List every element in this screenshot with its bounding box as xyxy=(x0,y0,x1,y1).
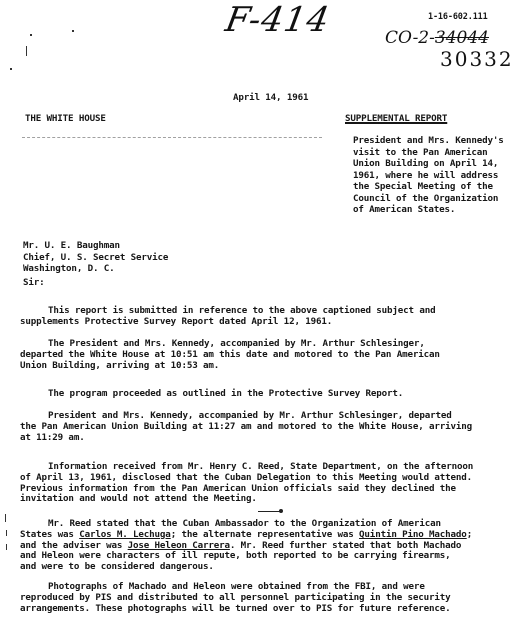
body-paragraph: This report is submitted in reference to… xyxy=(20,306,510,328)
text-segment: ; xyxy=(467,529,472,540)
text-segment: States was xyxy=(20,529,79,540)
body-paragraph: The program proceeded as outlined in the… xyxy=(20,389,510,400)
text-segment: and the adviser was xyxy=(20,540,128,551)
recipient-title: Chief, U. S. Secret Service xyxy=(23,252,168,264)
paragraph-line: arrangements. These photographs will be … xyxy=(20,604,510,615)
body-paragraph: Mr. Reed stated that the Cuban Ambassado… xyxy=(20,519,510,573)
underlined-name: Jose Heleon Carrera xyxy=(128,540,230,551)
body-paragraph: President and Mrs. Kennedy, accompanied … xyxy=(20,411,510,443)
document-date: April 14, 1961 xyxy=(233,92,308,103)
underlined-name: Carlos M. Lechuga xyxy=(79,529,170,540)
scan-speck xyxy=(26,46,27,56)
paragraph-line: of April 13, 1961, disclosed that the Cu… xyxy=(20,473,510,484)
subject-line: 1961, where he will address xyxy=(353,170,513,182)
paragraph-line: departed the White House at 10:51 am thi… xyxy=(20,350,510,361)
handwritten-file-code: F-414 xyxy=(222,0,333,40)
handwritten-struck-number: CO-2-34044 xyxy=(385,28,489,48)
text-segment: . Mr. Reed further stated that both Mach… xyxy=(230,540,461,551)
subject-line: the Special Meeting of the xyxy=(353,181,513,193)
header-divider xyxy=(22,137,322,138)
document-page: F-414 1-16-602.111 CO-2-34044 30332 Apri… xyxy=(0,0,517,632)
paragraph-line: at 11:29 am. xyxy=(20,433,510,444)
scan-speck xyxy=(10,68,12,70)
report-type-heading: SUPPLEMENTAL REPORT xyxy=(345,113,447,124)
body-paragraph: Information received from Mr. Henry C. R… xyxy=(20,462,510,505)
struck-out-number: 34044 xyxy=(435,28,489,48)
subject-block: President and Mrs. Kennedy's visit to th… xyxy=(353,135,513,216)
subject-line: Union Building on April 14, xyxy=(353,158,513,170)
handwritten-number: 30332 xyxy=(440,47,514,71)
salutation: Sir: xyxy=(23,277,45,288)
subject-line: visit to the Pan American xyxy=(353,147,513,159)
subject-line: President and Mrs. Kennedy's xyxy=(353,135,513,147)
text-segment: ; the alternate representative was xyxy=(171,529,359,540)
paragraph-line: and were to be considered dangerous. xyxy=(20,562,510,573)
subject-line: of American States. xyxy=(353,204,513,216)
paragraph-line: supplements Protective Survey Report dat… xyxy=(20,317,510,328)
file-reference-number: 1-16-602.111 xyxy=(428,12,488,23)
body-paragraph: Photographs of Machado and Heleon were o… xyxy=(20,582,510,614)
handwritten-prefix: CO-2- xyxy=(385,28,435,48)
underlined-name: Quintin Pino Machado xyxy=(359,529,467,540)
paragraph-line: Union Building, arriving at 10:53 am. xyxy=(20,361,510,372)
paragraph-line: the Pan American Union Building at 11:27… xyxy=(20,422,510,433)
margin-mark xyxy=(6,544,7,550)
recipient-name: Mr. U. E. Baughman xyxy=(23,240,168,252)
paragraph-line: reproduced by PIS and distributed to all… xyxy=(20,593,510,604)
margin-mark xyxy=(5,514,6,522)
scan-speck xyxy=(72,30,74,32)
handwritten-arrow-mark xyxy=(258,511,280,512)
body-paragraph: The President and Mrs. Kennedy, accompan… xyxy=(20,339,510,371)
paragraph-line: invitation and would not attend the Meet… xyxy=(20,494,510,505)
scan-speck xyxy=(30,34,32,36)
margin-mark xyxy=(6,530,7,536)
header-location: THE WHITE HOUSE xyxy=(25,113,106,124)
recipient-address: Mr. U. E. Baughman Chief, U. S. Secret S… xyxy=(23,240,168,275)
recipient-city: Washington, D. C. xyxy=(23,263,168,275)
subject-line: Council of the Organization xyxy=(353,193,513,205)
paragraph-line: The program proceeded as outlined in the… xyxy=(20,389,510,400)
